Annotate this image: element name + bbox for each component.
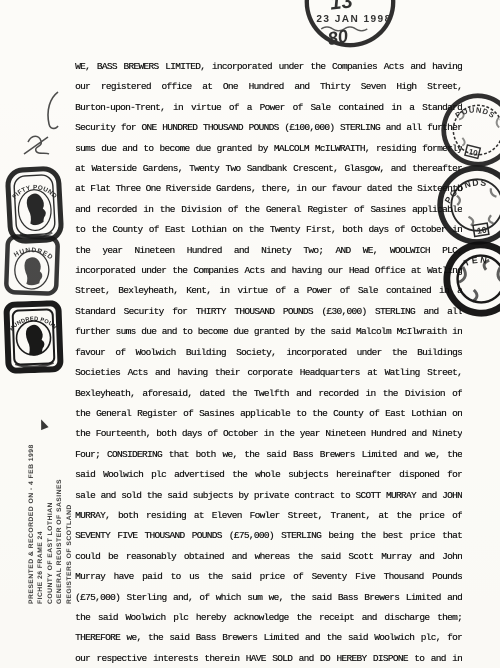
date-stamp: 13 23 JAN 1998 80 [302, 0, 398, 50]
stamp-line: REGISTERS OF SCOTLAND [65, 426, 74, 604]
queen-head-silhouette [24, 257, 43, 286]
text-line: the year Nineteen Hundred and Ninety Two… [75, 241, 462, 261]
text-line: could be reasonably obtained and whereas… [75, 547, 462, 567]
queen-head-silhouette [26, 324, 45, 356]
document-body: WE, BASS BREWERS LIMITED, incorporated u… [75, 57, 462, 668]
stamp-value: 10 [476, 225, 487, 236]
stamp-line: FICHE 26 FRAME 24 [36, 426, 45, 604]
text-line: our respective interests therein HAVE SO… [75, 649, 462, 668]
stamp-line: PRESENTED & RECORDED ON - 4 FEB 1998 [27, 426, 36, 604]
text-line: sums due and to become due granted by MA… [75, 139, 462, 159]
text-line: and recorded in the Division of the Gene… [75, 200, 462, 220]
text-line: (£75,000) Sterling and, of which sum we,… [75, 588, 462, 608]
date-stamp-date: 23 JAN 1998 [316, 14, 391, 25]
pen-marks [20, 80, 80, 170]
text-line: Standard Security for THIRTY THOUSAND PO… [75, 302, 462, 322]
handwritten-initials: 80 [326, 25, 350, 49]
text-line: the Fourteenth, both days of October in … [75, 424, 462, 444]
text-line: Street, Bexleyheath, Kent, in virtue of … [75, 281, 462, 301]
duty-stamp-right-3: TEN [438, 236, 500, 323]
text-line: the said Woolwich plc hereby acknowledge… [75, 608, 462, 628]
text-line: at Flat Three One Riverside Gardens, the… [75, 179, 462, 199]
text-line: said Woolwich plc advertised the whole s… [75, 465, 462, 485]
text-line: to the County of East Lothian on the Twe… [75, 220, 462, 240]
text-line: SEVENTY FIVE THOUSAND POUNDS (£75,000) S… [75, 526, 462, 546]
text-line: Murray have paid to us the said price of… [75, 567, 462, 587]
text-line: favour of Woolwich Building Society, inc… [75, 343, 462, 363]
text-line: Societies Acts and having their corporat… [75, 363, 462, 383]
revenue-stamp-hundred: HUNDRED [2, 233, 62, 297]
text-line: THEREFORE we, the said Bass Brewers Limi… [75, 628, 462, 648]
queen-head-silhouette [26, 193, 46, 226]
handwritten-number: 13 [329, 0, 354, 15]
stamp-line: COUNTY OF EAST LOTHIAN [46, 426, 55, 604]
text-line: WE, BASS BREWERS LIMITED, incorporated u… [75, 57, 462, 77]
text-line: incorporated under the Companies Acts an… [75, 261, 462, 281]
stamp-line: GENERAL REGISTER OF SASINES [55, 426, 64, 604]
sasines-recording-stamp: PRESENTED & RECORDED ON - 4 FEB 1998 FIC… [27, 426, 74, 604]
text-line: Bexleyheath, aforesaid, dated the Twelft… [75, 384, 462, 404]
text-line: Burton-upon-Trent, in virtue of a Power … [75, 98, 462, 118]
text-line: at Waterside Gardens, Twenty Two Sandban… [75, 159, 462, 179]
text-line: Four; CONSIDERING that both we, the said… [75, 445, 462, 465]
text-line: further sums due and to become due grant… [75, 322, 462, 342]
revenue-stamp-hundred-pounds: HUNDRED POUNDS [3, 300, 64, 374]
text-line: our registered office at One Hundred and… [75, 77, 462, 97]
text-line: MURRAY, both residing at Eleven Fowler S… [75, 506, 462, 526]
text-line: sale and sold the said subjects by priva… [75, 486, 462, 506]
scanned-deed-page: 13 23 JAN 1998 80 WE, BASS BREWERS LIMIT… [0, 0, 500, 668]
text-line: Security for ONE HUNDRED THOUSAND POUNDS… [75, 118, 462, 138]
text-line: the General Register of Sasines applicab… [75, 404, 462, 424]
